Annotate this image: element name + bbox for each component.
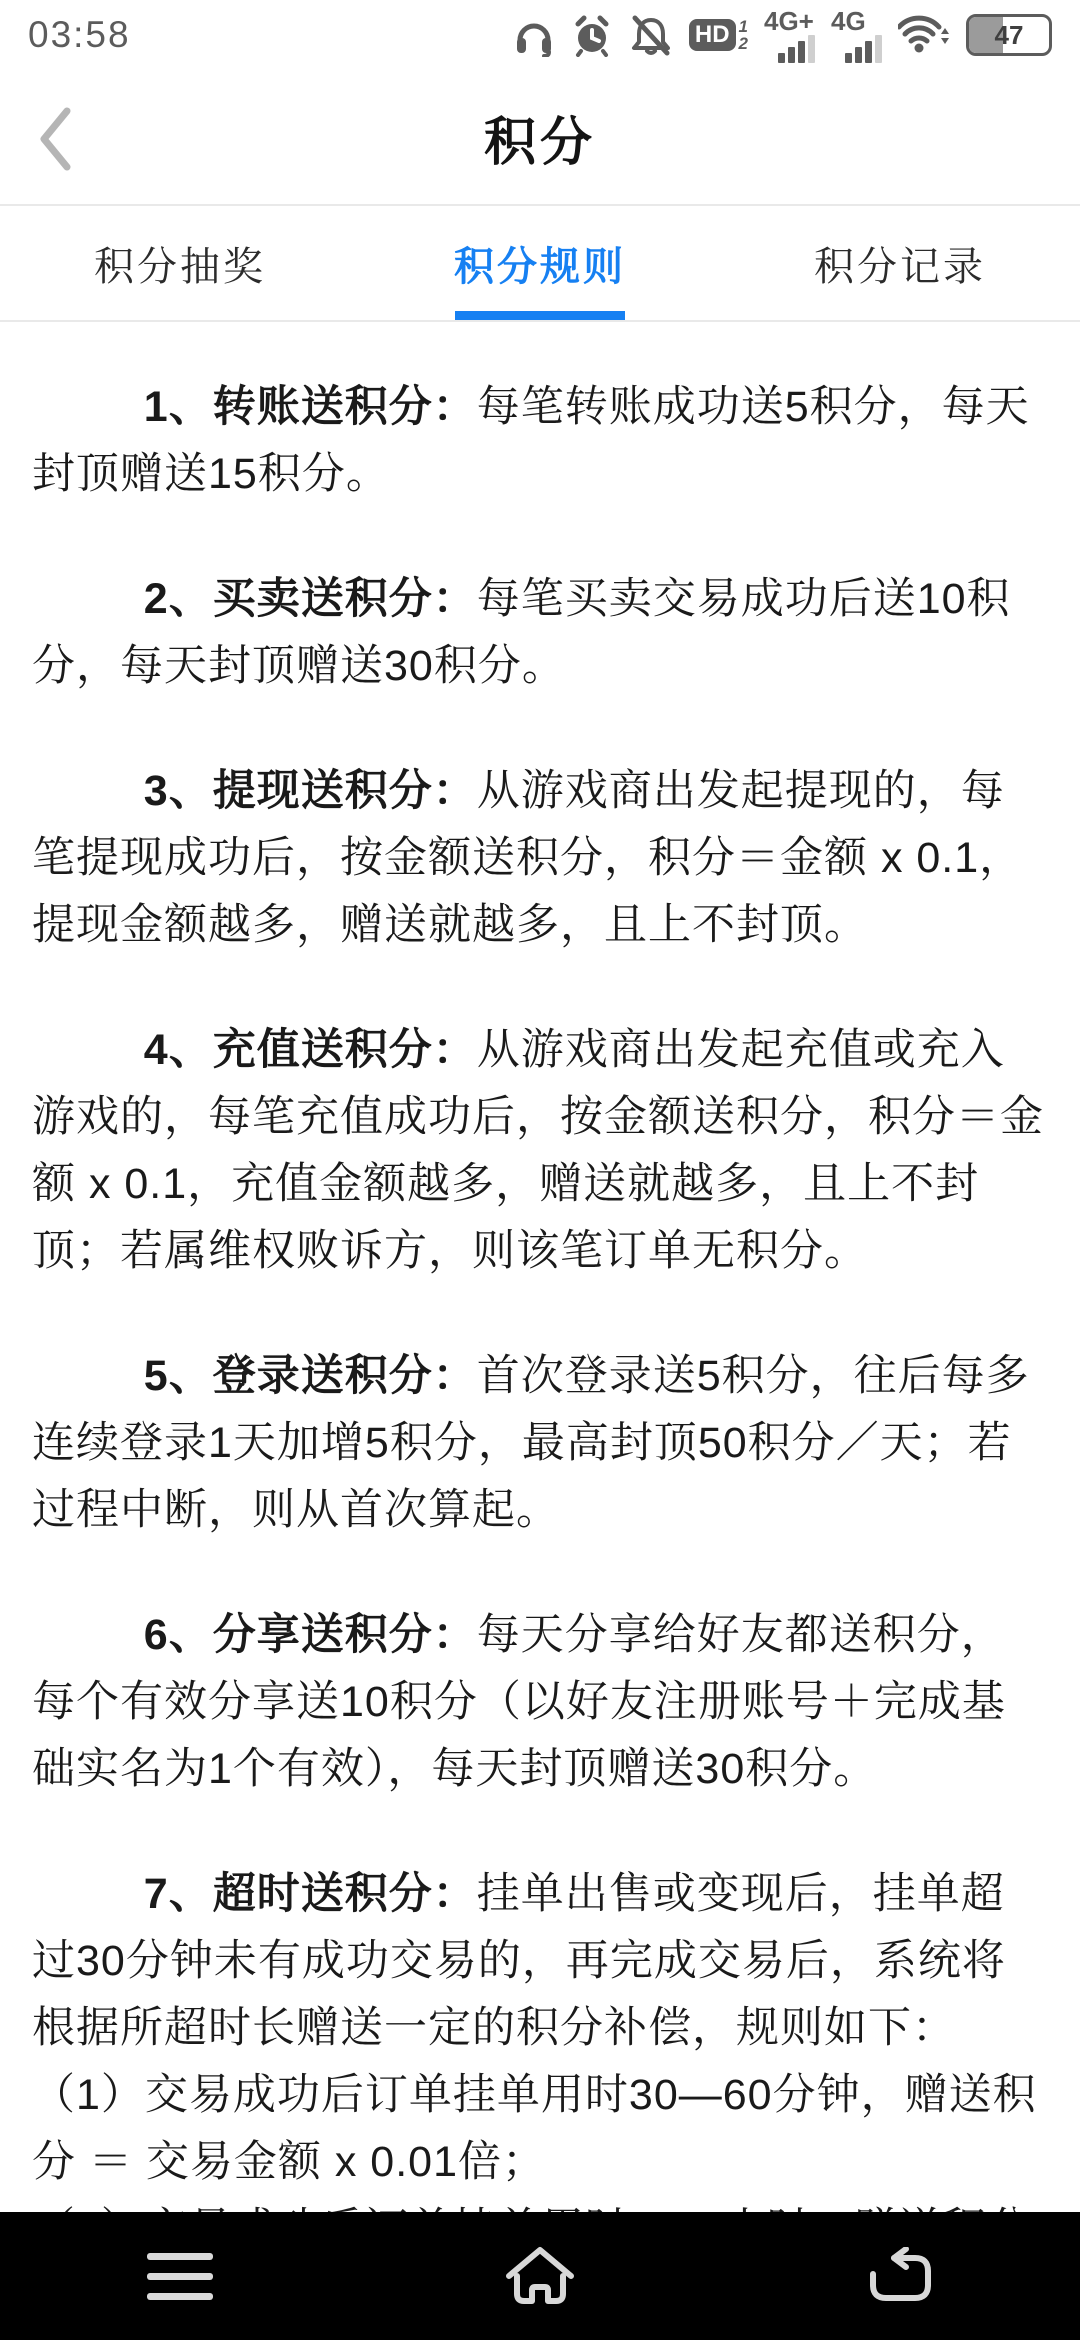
battery-percent: 47 xyxy=(969,17,1049,53)
signal-4g-icon: 4G xyxy=(831,8,882,63)
rule-7-subitem-1: （1）交易成功后订单挂单用时30—60分钟，赠送积分 ＝ 交易金额 x 0.01… xyxy=(32,2062,1048,2196)
rules-content: 1、转账送积分：每笔转账成功送5积分，每天封顶赠送15积分。 2、买卖送积分：每… xyxy=(0,322,1080,2330)
rule-lead: 3、提现送积分： xyxy=(144,767,477,815)
menu-icon xyxy=(147,2253,213,2300)
status-bar: 03:58 HD 1 xyxy=(0,0,1080,70)
wifi-icon xyxy=(898,14,950,56)
status-time: 03:58 xyxy=(28,14,131,56)
signal-4g-plus-icon: 4G+ xyxy=(764,8,815,63)
hd-badge: HD xyxy=(689,19,736,51)
rule-paragraph-3: 3、提现送积分：从游戏商出发起提现的，每笔提现成功后，按金额送积分，积分＝金额 … xyxy=(32,758,1048,959)
chevron-left-icon xyxy=(44,111,67,167)
hd-sim2: 2 xyxy=(739,35,748,52)
navigation-bar xyxy=(0,2212,1080,2340)
signal-bars-2 xyxy=(845,35,882,63)
tab-points-lottery[interactable]: 积分抽奖 xyxy=(0,206,360,320)
page-title: 积分 xyxy=(484,100,596,175)
battery-icon: 47 xyxy=(966,14,1052,56)
active-tab-indicator xyxy=(455,311,625,320)
tab-label: 积分抽奖 xyxy=(94,235,266,292)
rule-paragraph-7: 7、超时送积分：挂单出售或变现后，挂单超过30分钟未有成功交易的，再完成交易后，… xyxy=(32,1861,1048,2062)
nav-recents-button[interactable] xyxy=(0,2253,360,2300)
network-type-label-1: 4G+ xyxy=(764,8,814,34)
nav-home-button[interactable] xyxy=(360,2244,720,2308)
status-icons: HD 1 2 4G+ 4G xyxy=(513,8,1052,63)
app-screen: 03:58 HD 1 xyxy=(0,0,1080,2340)
signal-bars-1 xyxy=(778,35,815,63)
hd-voice-icon: HD 1 2 xyxy=(689,18,748,52)
header: 积分 xyxy=(0,70,1080,206)
rule-paragraph-2: 2、买卖送积分：每笔买卖交易成功后送10积分，每天封顶赠送30积分。 xyxy=(32,566,1048,700)
rule-lead: 2、买卖送积分： xyxy=(144,575,477,623)
rule-paragraph-5: 5、登录送积分：首次登录送5积分，往后每多连续登录1天加增5积分，最高封顶50积… xyxy=(32,1343,1048,1544)
rule-lead: 7、超时送积分： xyxy=(144,1870,477,1918)
tab-label: 积分规则 xyxy=(454,235,626,292)
rule-lead: 6、分享送积分： xyxy=(144,1611,477,1659)
network-type-label-2: 4G xyxy=(831,8,866,34)
tab-points-history[interactable]: 积分记录 xyxy=(720,206,1080,320)
headphones-icon xyxy=(513,13,555,57)
rule-lead: 4、充值送积分： xyxy=(144,1026,477,1074)
back-return-icon xyxy=(863,2247,937,2305)
rule-lead: 1、转账送积分： xyxy=(144,383,477,431)
hd-sim1: 1 xyxy=(739,18,748,35)
rule-lead: 5、登录送积分： xyxy=(144,1352,477,1400)
home-icon xyxy=(501,2244,579,2308)
back-button[interactable] xyxy=(36,106,76,172)
rule-paragraph-1: 1、转账送积分：每笔转账成功送5积分，每天封顶赠送15积分。 xyxy=(32,374,1048,508)
nav-back-button[interactable] xyxy=(720,2247,1080,2305)
tab-label: 积分记录 xyxy=(814,235,986,292)
tab-points-rules[interactable]: 积分规则 xyxy=(360,206,720,320)
rule-paragraph-6: 6、分享送积分：每天分享给好友都送积分，每个有效分享送10积分（以好友注册账号＋… xyxy=(32,1602,1048,1803)
hd-sim-numbers: 1 2 xyxy=(739,18,748,52)
alarm-clock-icon xyxy=(571,13,613,57)
rule-paragraph-4: 4、充值送积分：从游戏商出发起充值或充入游戏的，每笔充值成功后，按金额送积分，积… xyxy=(32,1017,1048,1285)
tab-bar: 积分抽奖 积分规则 积分记录 xyxy=(0,206,1080,322)
notifications-muted-icon xyxy=(629,13,673,57)
